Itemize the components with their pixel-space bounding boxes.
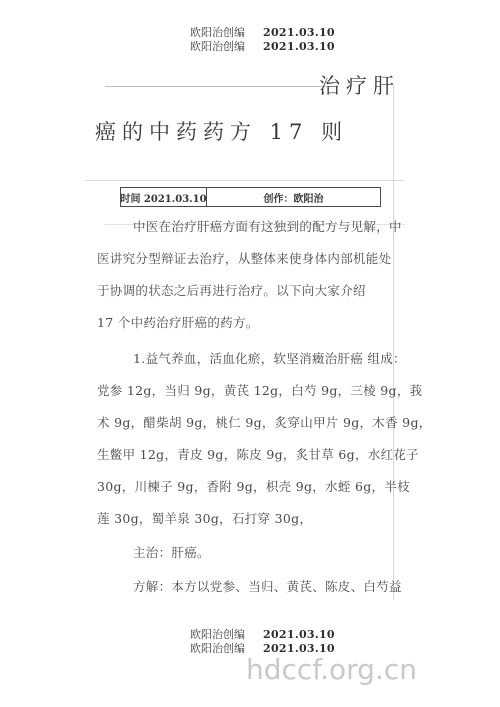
document-page: 欧阳治创编 2021.03.10 欧阳治创编 2021.03.10 治疗肝 癌的…: [0, 0, 500, 707]
document-body: 中医在治疗肝癌方面有这独到的配方与见解，中 医讲究分型辩证去治疗，从整体来使身体…: [97, 211, 397, 603]
meta-table: 时间 2021.03.10 创作：欧阳治: [120, 187, 381, 207]
header-date-text: 2021.03.10: [263, 26, 335, 40]
header-credit-row-1: 欧阳治创编 2021.03.10: [190, 26, 335, 40]
header-credit-block: 欧阳治创编 2021.03.10 欧阳治创编 2021.03.10: [190, 26, 335, 54]
watermark-text: hdccf.org.cn: [246, 656, 417, 684]
body-line: 主治：肝癌。: [97, 537, 397, 569]
body-paragraph-indication: 主治：肝癌。: [97, 537, 397, 569]
footer-credit-row-1: 欧阳治创编 2021.03.10: [190, 628, 335, 642]
body-line: 医讲究分型辩证去治疗，从整体来使身体内部机能处: [97, 243, 397, 275]
body-line: 生鳖甲 12g，青皮 9g，陈皮 9g，炙甘草 6g，水红花子: [97, 439, 397, 471]
page-title-line-2: 癌的中药药方 17 则: [95, 116, 348, 146]
body-line: 术 9g，醋柴胡 9g，桃仁 9g，炙穿山甲片 9g，木香 9g，: [97, 407, 397, 439]
page-title-line-1: 治疗肝: [95, 70, 400, 100]
footer-author-text: 欧阳治创编: [190, 628, 245, 642]
meta-time-cell: 时间 2021.03.10: [121, 188, 207, 206]
header-author-text: 欧阳治创编: [190, 26, 245, 40]
meta-creator-cell: 创作：欧阳治: [207, 188, 380, 206]
body-paragraph-intro: 中医在治疗肝癌方面有这独到的配方与见解，中 医讲究分型辩证去治疗，从整体来使身体…: [97, 211, 397, 339]
body-line: 于协调的状态之后再进行治疗。以下向大家介绍: [97, 275, 397, 307]
footer-date-text: 2021.03.10: [263, 628, 335, 642]
body-line: 1.益气养血，活血化瘀，软坚消癥治肝癌 组成：: [97, 343, 397, 375]
body-line: 17 个中药治疗肝癌的药方。: [97, 307, 397, 339]
body-line: 方解：本方以党参、当归、黄芪、陈皮、白芍益: [97, 571, 397, 603]
body-line: 莲 30g，蜀羊泉 30g，石打穿 30g，: [97, 503, 397, 535]
header-credit-row-2: 欧阳治创编 2021.03.10: [190, 40, 335, 54]
body-paragraph-explanation: 方解：本方以党参、当归、黄芪、陈皮、白芍益: [97, 571, 397, 603]
footer-credit-block: 欧阳治创编 2021.03.10 欧阳治创编 2021.03.10: [190, 628, 335, 656]
body-line: 党参 12g，当归 9g，黄芪 12g，白芍 9g，三棱 9g，莪: [97, 375, 397, 407]
body-line: 中医在治疗肝癌方面有这独到的配方与见解，中: [97, 211, 397, 243]
body-paragraph-recipe-1: 1.益气养血，活血化瘀，软坚消癥治肝癌 组成： 党参 12g，当归 9g，黄芪 …: [97, 343, 397, 535]
body-line: 30g，川楝子 9g，香附 9g，枳壳 9g，水蛭 6g，半枝: [97, 471, 397, 503]
faint-horizontal-line: [85, 180, 405, 181]
footer-author-text: 欧阳治创编: [190, 642, 245, 656]
header-author-text: 欧阳治创编: [190, 40, 245, 54]
header-date-text: 2021.03.10: [263, 40, 335, 54]
